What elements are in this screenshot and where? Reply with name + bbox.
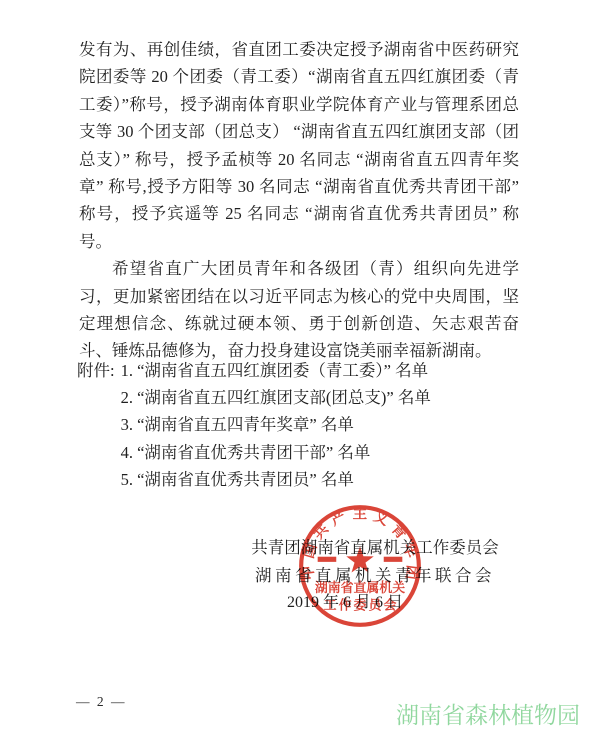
attachment-items: 1. “湖南省直五四红旗团委（青工委）” 名单 2. “湖南省直五四红旗团支部(… xyxy=(121,357,431,493)
attachment-item: 1. “湖南省直五四红旗团委（青工委）” 名单 xyxy=(121,357,431,384)
attachment-item: 3. “湖南省直五四青年奖章” 名单 xyxy=(121,411,431,438)
seal-arc-text: 中国共产主义青年团 xyxy=(299,504,422,581)
seal-right-bar xyxy=(384,557,403,562)
body-paragraph-2: 希望省直广大团员青年和各级团（青）组织向先进学习，更加紧密团结在以习近平同志为核… xyxy=(79,255,519,365)
svg-text:中国共产主义青年团: 中国共产主义青年团 xyxy=(299,504,422,581)
attachment-label: 附件: xyxy=(77,357,115,384)
attachment-list: 附件: 1. “湖南省直五四红旗团委（青工委）” 名单 2. “湖南省直五四红旗… xyxy=(77,357,431,493)
seal-star-icon xyxy=(346,546,373,572)
seal-left-bar xyxy=(318,557,337,562)
attachment-item: 5. “湖南省直优秀共青团员” 名单 xyxy=(121,466,431,493)
document-body: 发有为、再创佳绩，省直团工委决定授予湖南省中医药研究院团委等 20 个团委（青工… xyxy=(79,36,519,365)
seal-org-line-1: 湖南省直属机关 xyxy=(315,580,405,595)
watermark: 湖南省森林植物园 xyxy=(396,697,580,730)
attachment-item: 4. “湖南省直优秀共青团干部” 名单 xyxy=(121,439,431,466)
body-paragraph-1: 发有为、再创佳绩，省直团工委决定授予湖南省中医药研究院团委等 20 个团委（青工… xyxy=(79,36,519,255)
seal-org-line-2: 工作委员会 xyxy=(324,597,399,612)
official-seal: 中国共产主义青年团 湖南省直属机关 工作委员会 xyxy=(296,502,424,630)
attachment-item: 2. “湖南省直五四红旗团支部(团总支)” 名单 xyxy=(121,384,431,411)
page-number: — 2 — xyxy=(76,694,127,710)
document-page: 发有为、再创佳绩，省直团工委决定授予湖南省中医药研究院团委等 20 个团委（青工… xyxy=(0,0,594,734)
